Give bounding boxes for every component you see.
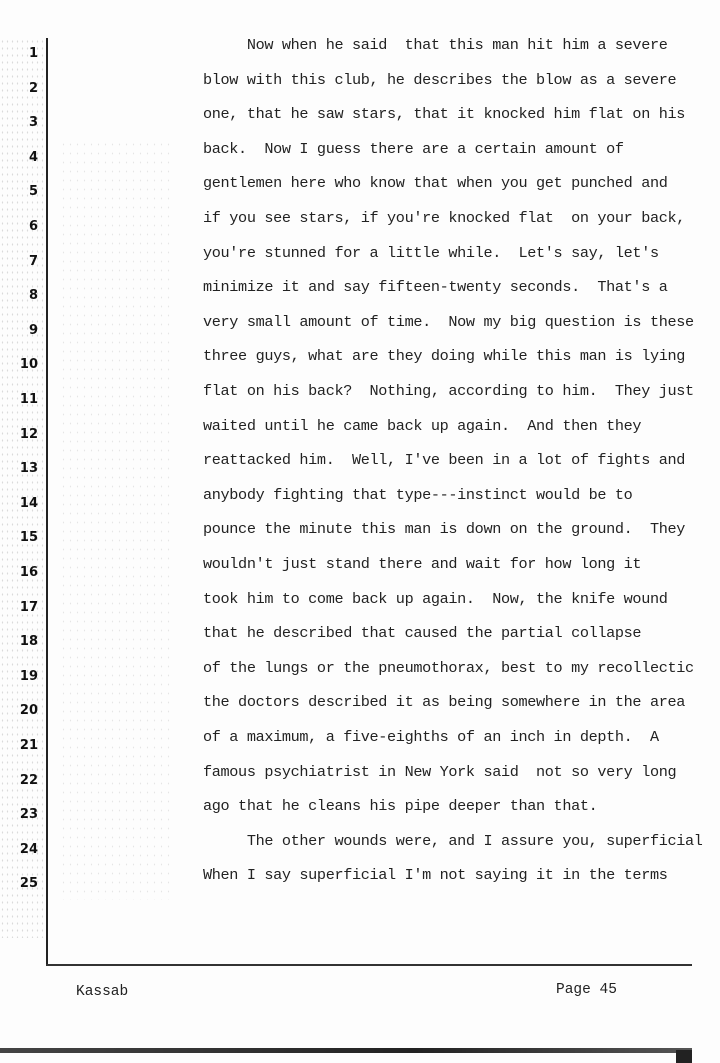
transcript-line: if you see stars, if you're knocked flat… — [203, 209, 685, 227]
transcript-line: of a maximum, a five-eighths of an inch … — [203, 728, 659, 746]
line-number: 9 — [0, 323, 38, 338]
line-number: 10 — [0, 357, 38, 372]
transcript-line: took him to come back up again. Now, the… — [203, 590, 668, 608]
line-number: 14 — [0, 496, 38, 511]
line-number: 23 — [0, 807, 38, 822]
line-number: 2 — [0, 81, 38, 96]
line-number: 15 — [0, 530, 38, 545]
scan-noise — [0, 38, 46, 938]
line-number: 21 — [0, 738, 38, 753]
transcript-line: back. Now I guess there are a certain am… — [203, 140, 624, 158]
transcript-line: famous psychiatrist in New York said not… — [203, 763, 676, 781]
transcript-line: of the lungs or the pneumothorax, best t… — [203, 659, 694, 677]
transcript-line: waited until he came back up again. And … — [203, 417, 641, 435]
transcript-line: three guys, what are they doing while th… — [203, 347, 685, 365]
line-number: 17 — [0, 600, 38, 615]
transcript-line: pounce the minute this man is down on th… — [203, 520, 685, 538]
transcript-line: very small amount of time. Now my big qu… — [203, 313, 694, 331]
left-margin-rule — [46, 38, 48, 966]
line-number: 12 — [0, 427, 38, 442]
line-number: 11 — [0, 392, 38, 407]
transcript-line: Now when he said that this man hit him a… — [203, 36, 668, 54]
footer-page-number: Page 45 — [556, 982, 617, 998]
scan-edge-corner — [676, 1050, 692, 1063]
line-number: 4 — [0, 150, 38, 165]
transcript-page: 1234567891011121314151617181920212223242… — [0, 0, 720, 1063]
line-number: 18 — [0, 634, 38, 649]
transcript-line: one, that he saw stars, that it knocked … — [203, 105, 685, 123]
transcript-line: blow with this club, he describes the bl… — [203, 71, 676, 89]
line-number: 13 — [0, 461, 38, 476]
line-number: 24 — [0, 842, 38, 857]
transcript-line: minimize it and say fifteen-twenty secon… — [203, 278, 668, 296]
transcript-line: ago that he cleans his pipe deeper than … — [203, 797, 597, 815]
transcript-line: you're stunned for a little while. Let's… — [203, 244, 659, 262]
scan-noise — [60, 140, 170, 900]
bottom-margin-rule — [46, 964, 692, 966]
line-number: 16 — [0, 565, 38, 580]
line-number: 5 — [0, 184, 38, 199]
transcript-line: flat on his back? Nothing, according to … — [203, 382, 694, 400]
line-number: 20 — [0, 703, 38, 718]
line-number: 22 — [0, 773, 38, 788]
line-number: 3 — [0, 115, 38, 130]
transcript-line: that he described that caused the partia… — [203, 624, 641, 642]
transcript-line: The other wounds were, and I assure you,… — [203, 832, 703, 850]
line-number: 7 — [0, 254, 38, 269]
line-number: 1 — [0, 46, 38, 61]
line-number: 19 — [0, 669, 38, 684]
scan-edge-bar — [0, 1048, 692, 1053]
transcript-line: anybody fighting that type---instinct wo… — [203, 486, 632, 504]
transcript-line: wouldn't just stand there and wait for h… — [203, 555, 641, 573]
transcript-line: When I say superficial I'm not saying it… — [203, 866, 668, 884]
line-number: 6 — [0, 219, 38, 234]
transcript-line: reattacked him. Well, I've been in a lot… — [203, 451, 685, 469]
line-number: 8 — [0, 288, 38, 303]
line-number: 25 — [0, 876, 38, 891]
transcript-line: gentlemen here who know that when you ge… — [203, 174, 668, 192]
footer-witness-name: Kassab — [76, 984, 128, 1000]
transcript-line: the doctors described it as being somewh… — [203, 693, 685, 711]
